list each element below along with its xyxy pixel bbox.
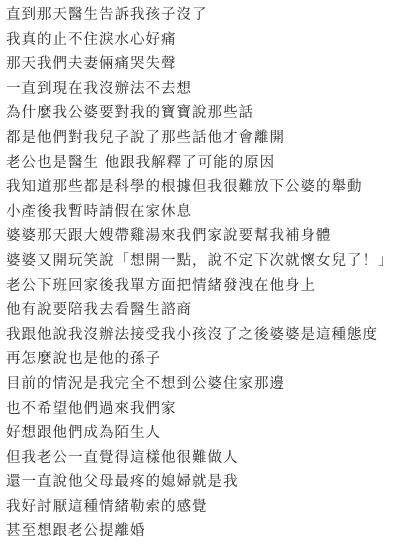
post-line: 婆婆又開玩笑說「想開一點，說不定下次就懷女兒了！」 — [6, 249, 395, 274]
post-line: 他有說要陪我去看醫生諮商 — [6, 298, 395, 323]
post-line: 為什麼我公婆要對我的寶寶說那些話 — [6, 101, 395, 126]
post-line: 我跟他說我沒辦法接受我小孩沒了之後婆婆是這種態度 — [6, 323, 395, 348]
post-line: 目前的情況是我完全不想到公婆住家那邊 — [6, 372, 395, 397]
post-line: 我好討厭這種情緒勒索的感覺 — [6, 495, 395, 520]
post-line: 直到那天醫生告訴我孩子沒了 — [6, 3, 395, 28]
post-line: 老公下班回家後我單方面把情緒發洩在他身上 — [6, 274, 395, 299]
post-line: 小產後我暫時請假在家休息 — [6, 200, 395, 225]
post-line: 那天我們夫妻倆痛哭失聲 — [6, 52, 395, 77]
post-line: 婆婆那天跟大嫂帶雞湯來我們家說要幫我補身體 — [6, 224, 395, 249]
post-line: 老公也是醫生 他跟我解釋了可能的原因 — [6, 151, 395, 176]
post-line: 還一直說他父母最疼的媳婦就是我 — [6, 470, 395, 495]
post-body: 直到那天醫生告訴我孩子沒了 我真的止不住淚水心好痛 那天我們夫妻倆痛哭失聲 一直… — [0, 0, 395, 544]
post-line: 我知道那些都是科學的根據但我很難放下公婆的舉動 — [6, 175, 395, 200]
post-line: 好想跟他們成為陌生人 — [6, 421, 395, 446]
post-line: 都是他們對我兒子說了那些話他才會離開 — [6, 126, 395, 151]
post-line: 甚至想跟老公提離婚 — [6, 519, 395, 544]
post-line: 一直到現在我沒辦法不去想 — [6, 77, 395, 102]
post-line: 但我老公一直覺得這樣他很難做人 — [6, 446, 395, 471]
post-line: 我真的止不住淚水心好痛 — [6, 28, 395, 53]
post-line: 也不希望他們過來我們家 — [6, 397, 395, 422]
post-line: 再怎麼說也是他的孫子 — [6, 347, 395, 372]
